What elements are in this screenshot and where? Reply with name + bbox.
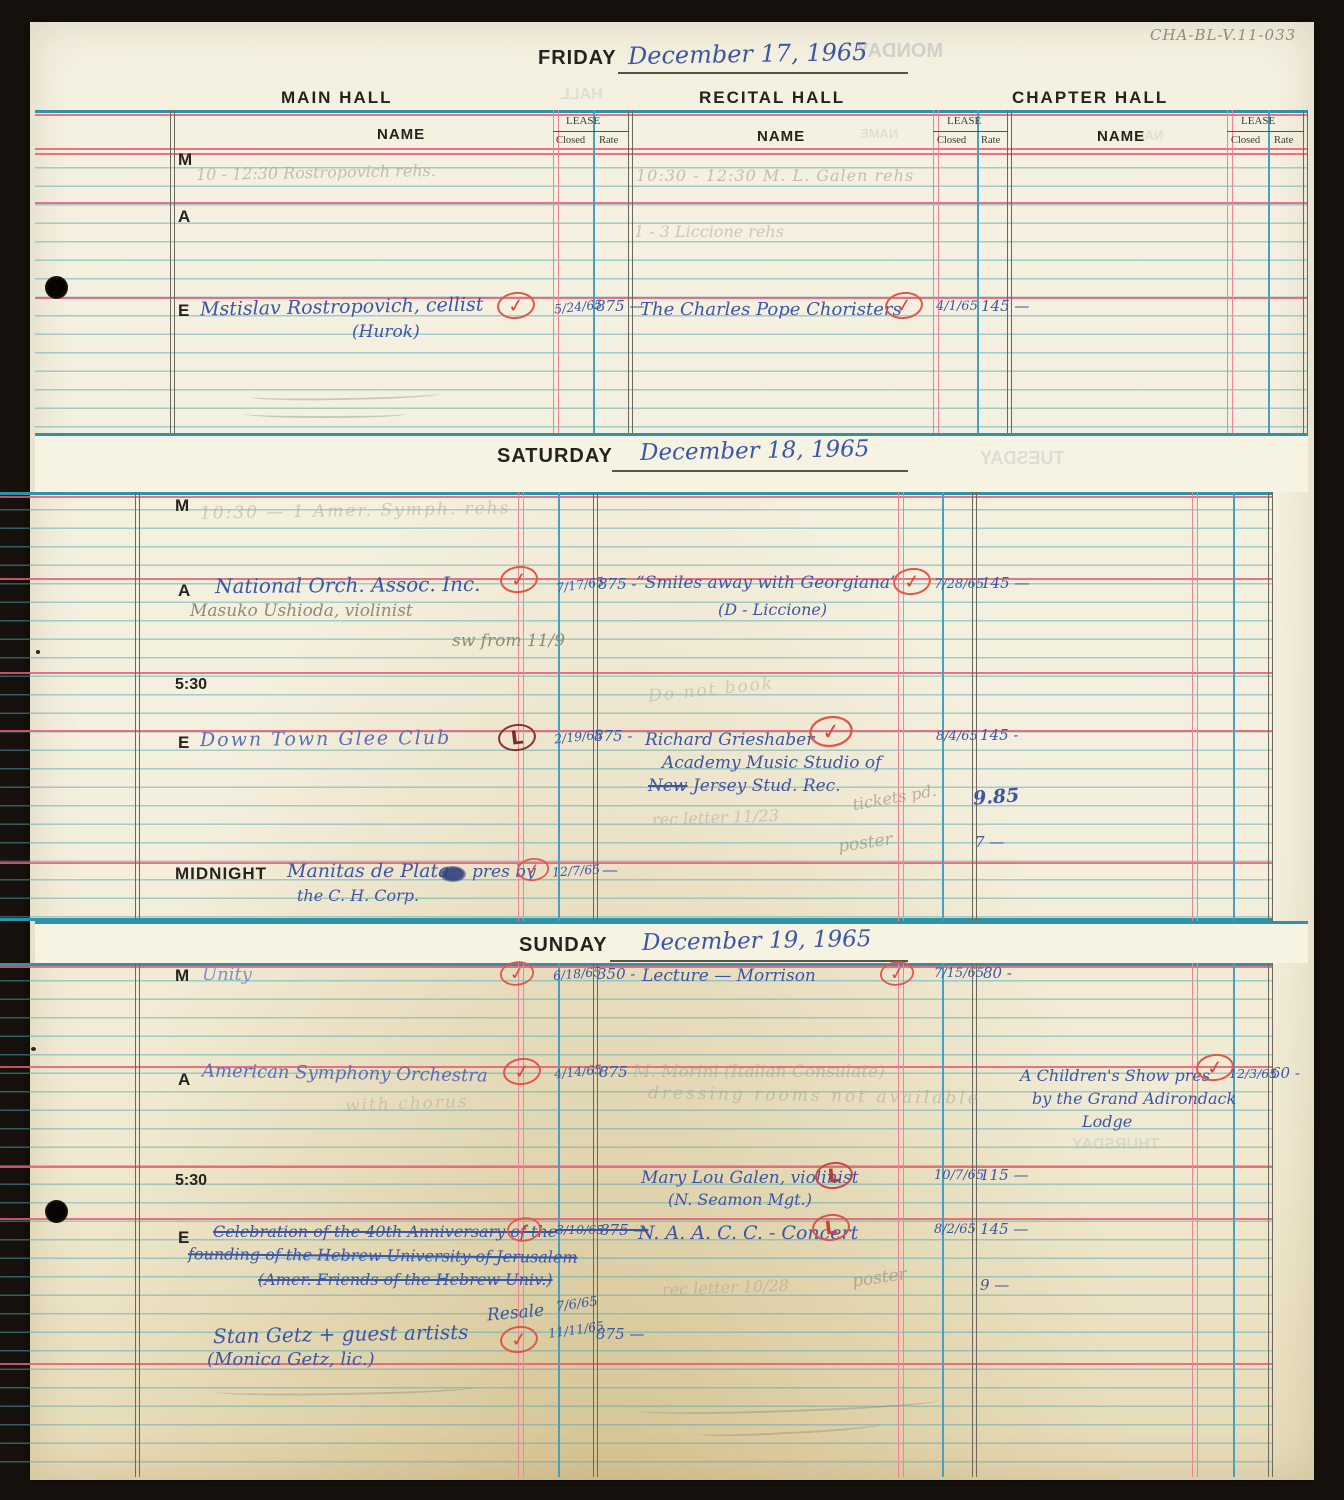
entry-note: 1 - 3 Liccione rehs [634, 222, 784, 241]
entry-name: Unity [202, 964, 252, 985]
entry-line: by the Grand Adirondack [1032, 1089, 1236, 1108]
speck [36, 650, 40, 654]
rate-value: — [602, 860, 618, 879]
rate-value: 80 - [983, 964, 1012, 982]
entry-management: (N. Seamon Mgt.) [668, 1190, 812, 1209]
entry-line: the C. H. Corp. [297, 886, 419, 905]
punch-hole [45, 276, 68, 299]
rule-line [553, 110, 559, 433]
col-header-lease: LEASE [947, 115, 981, 127]
rule-line [0, 1218, 1273, 1220]
rule-line [0, 966, 1273, 968]
ghost-monday-text: MONDAY [856, 40, 943, 63]
rule-line [1233, 963, 1235, 1477]
rule-line [1268, 492, 1273, 921]
rate-value: 875 - [598, 575, 636, 593]
rule-line [1192, 492, 1198, 921]
rate-value: 875 — [596, 1325, 644, 1343]
entry-name: The Charles Pope Choristers [640, 299, 902, 320]
rule-line [35, 153, 1308, 155]
entry-name: National Orch. Assoc. Inc. [215, 572, 481, 598]
closed-date: 3/10/65 [556, 1222, 604, 1237]
row-label-a: A [178, 1070, 190, 1090]
date-friday: December 17, 1965 [628, 38, 868, 70]
rule-line [35, 110, 1308, 113]
rule-line [972, 963, 977, 1477]
ink-blot [440, 866, 466, 882]
row-label-e: E [178, 733, 189, 753]
entry-line-rest: Jersey Stud. Rec. [688, 776, 841, 796]
row-label-530: 5:30 [175, 1172, 207, 1190]
rule-line [1268, 110, 1270, 433]
col-header-rate: Rate [599, 135, 618, 146]
rule-line [593, 110, 595, 433]
entry-line: Academy Music Studio of [662, 753, 881, 773]
entry-name: Manitas de Plata [287, 860, 449, 882]
closed-date: 4/1/65 [936, 299, 978, 314]
rule-line [628, 110, 633, 433]
ghost-tuesday-text: TUESDAY [980, 448, 1064, 469]
col-header-rate: Rate [981, 135, 1000, 146]
rule-line [942, 963, 944, 1477]
rule-line [0, 730, 1273, 732]
rule-line [0, 1363, 1273, 1365]
entry-management: (Hurok) [352, 322, 420, 342]
entry-management: (D - Liccione) [718, 600, 827, 619]
col-header-rate: Rate [1274, 135, 1293, 146]
entry-line: Lodge [1082, 1112, 1132, 1131]
rule-line [898, 492, 904, 921]
rule-line [1007, 110, 1012, 433]
row-label-a: A [178, 581, 190, 601]
day-label-saturday: SATURDAY [497, 445, 613, 468]
col-header-name: NAME [1097, 128, 1145, 145]
col-header-closed: Closed [556, 135, 585, 146]
entry-note: sw from 11/9 [452, 631, 565, 651]
date-sunday: December 19, 1965 [642, 926, 872, 956]
ledger-grid-sunday [0, 963, 1273, 1477]
col-header-closed: Closed [937, 135, 966, 146]
entry-line: A Children's Show pres [1020, 1066, 1210, 1085]
entry-line: New Jersey Stud. Rec. [648, 776, 841, 796]
closed-date: 12/3/65 [1229, 1066, 1277, 1081]
rule-line [35, 148, 1308, 150]
crossed-entry-line: Celebration of the 40th Anniversary of t… [213, 1222, 557, 1241]
ghost-hall-text: HALL [560, 86, 603, 104]
col-header-lease: LEASE [1241, 115, 1275, 127]
rate-value: 115 — [980, 1166, 1028, 1184]
entry-management: (Monica Getz, lic.) [207, 1349, 375, 1370]
entry-note: 10:30 - 12:30 M. L. Galen rehs [636, 166, 914, 185]
entry-name: Down Town Glee Club [200, 727, 451, 751]
col-header-name: NAME [377, 126, 425, 143]
amount-value: 9.85 [972, 784, 1020, 809]
rule-line [942, 492, 944, 921]
date-underline [610, 960, 908, 962]
rule-line [0, 1166, 1273, 1168]
rate-value: 875 — [596, 297, 644, 315]
row-label-530: 5:30 [175, 676, 207, 694]
closed-date: 8/2/65 [934, 1222, 976, 1237]
amount-value: 9 — [980, 1276, 1009, 1294]
amount-value: 7 — [975, 833, 1004, 851]
rule-line [933, 110, 939, 433]
rule-line [0, 496, 1273, 498]
rule-line [135, 492, 140, 921]
date-underline [618, 72, 908, 74]
closed-date: 7/15/65 [934, 966, 984, 981]
day-label-friday: FRIDAY [538, 47, 617, 70]
rule-line [518, 492, 524, 921]
entry-name: Stan Getz + guest artists [213, 1320, 469, 1348]
lease-box-line [1227, 131, 1304, 132]
rate-value: 145 - [980, 726, 1018, 744]
closed-date: 8/4/65 [936, 729, 978, 744]
rate-value: 875 [599, 1063, 628, 1081]
rule-line [35, 433, 1308, 436]
hall-title-chapter: CHAPTER HALL [1012, 88, 1168, 108]
entry-name: Richard Grieshaber [645, 730, 814, 750]
rule-line [593, 492, 598, 921]
rule-line [972, 492, 977, 921]
ledger-grid-saturday [0, 492, 1273, 921]
rule-line [0, 672, 1273, 674]
day-label-sunday: SUNDAY [519, 934, 608, 957]
crossed-entry-line: founding of the Hebrew University of Jer… [188, 1244, 578, 1266]
rule-line [135, 963, 140, 1477]
rule-line [35, 114, 1308, 116]
hall-title-main: MAIN HALL [281, 88, 392, 108]
rate-value: 145 — [981, 297, 1029, 315]
entry-note: M. Morini (Italian Consulate) [633, 1062, 885, 1082]
rule-line [1303, 110, 1308, 433]
scanned-ledger-page: { "doc": { "corner_code": "CHA-BL-V.11-0… [0, 0, 1344, 1500]
row-label-e: E [178, 301, 189, 321]
rule-line [558, 492, 560, 921]
rule-line [35, 921, 1308, 924]
col-header-closed: Closed [1231, 135, 1260, 146]
rate-value: 875 - [594, 727, 632, 745]
rate-value: 145 — [980, 1220, 1028, 1238]
crossed-word: New [648, 776, 688, 796]
crossed-entry-line: (Amer. Friends of the Hebrew Univ.) [258, 1270, 553, 1289]
rule-line [1233, 492, 1235, 921]
col-header-name: NAME [757, 128, 805, 145]
lease-box-line [933, 131, 1008, 132]
page-overlay: CHA-BL-V.11-033 MONDAY HALL NAME NAME TU… [0, 0, 1344, 1500]
rule-line [558, 963, 560, 1477]
ruled-lines [35, 150, 1308, 433]
row-label-m: M [175, 966, 189, 986]
rate-value: 350 - [597, 965, 635, 983]
ghost-thursday-text: THURSDAY [1072, 1136, 1159, 1154]
col-header-lease: LEASE [566, 115, 600, 127]
entry-name: Lecture — Morrison [642, 966, 816, 986]
date-saturday: December 18, 1965 [640, 436, 870, 466]
corner-code: CHA-BL-V.11-033 [1150, 26, 1296, 44]
ghost-name-text: NAME [860, 126, 898, 141]
closed-date: 10/7/65 [934, 1168, 984, 1183]
rule-line [0, 492, 1273, 495]
hall-title-recital: RECITAL HALL [699, 88, 845, 108]
date-underline [612, 470, 908, 472]
row-label-midnight: MIDNIGHT [175, 864, 267, 884]
rate-value: 145 — [981, 574, 1029, 592]
rule-line [977, 110, 979, 433]
closed-date: 7/28/65 [934, 577, 984, 592]
entry-artist: Masuko Ushioda, violinist [190, 601, 413, 621]
rule-line [1227, 110, 1233, 433]
row-label-m: M [175, 496, 189, 516]
rule-line [1192, 963, 1198, 1477]
faint-scribble [245, 410, 405, 418]
rule-line [1268, 963, 1273, 1477]
rule-line [35, 202, 1308, 204]
row-label-m: M [178, 150, 192, 170]
rate-value: 60 - [1271, 1064, 1300, 1082]
ledger-grid-friday [35, 110, 1308, 433]
entry-name: “Smiles away with Georgiana” [636, 573, 899, 593]
speck [31, 1047, 36, 1051]
lease-box-line [553, 131, 629, 132]
punch-hole [45, 1200, 68, 1223]
rule-line [593, 963, 598, 1477]
row-label-a: A [178, 207, 190, 227]
rule-line [170, 110, 175, 433]
